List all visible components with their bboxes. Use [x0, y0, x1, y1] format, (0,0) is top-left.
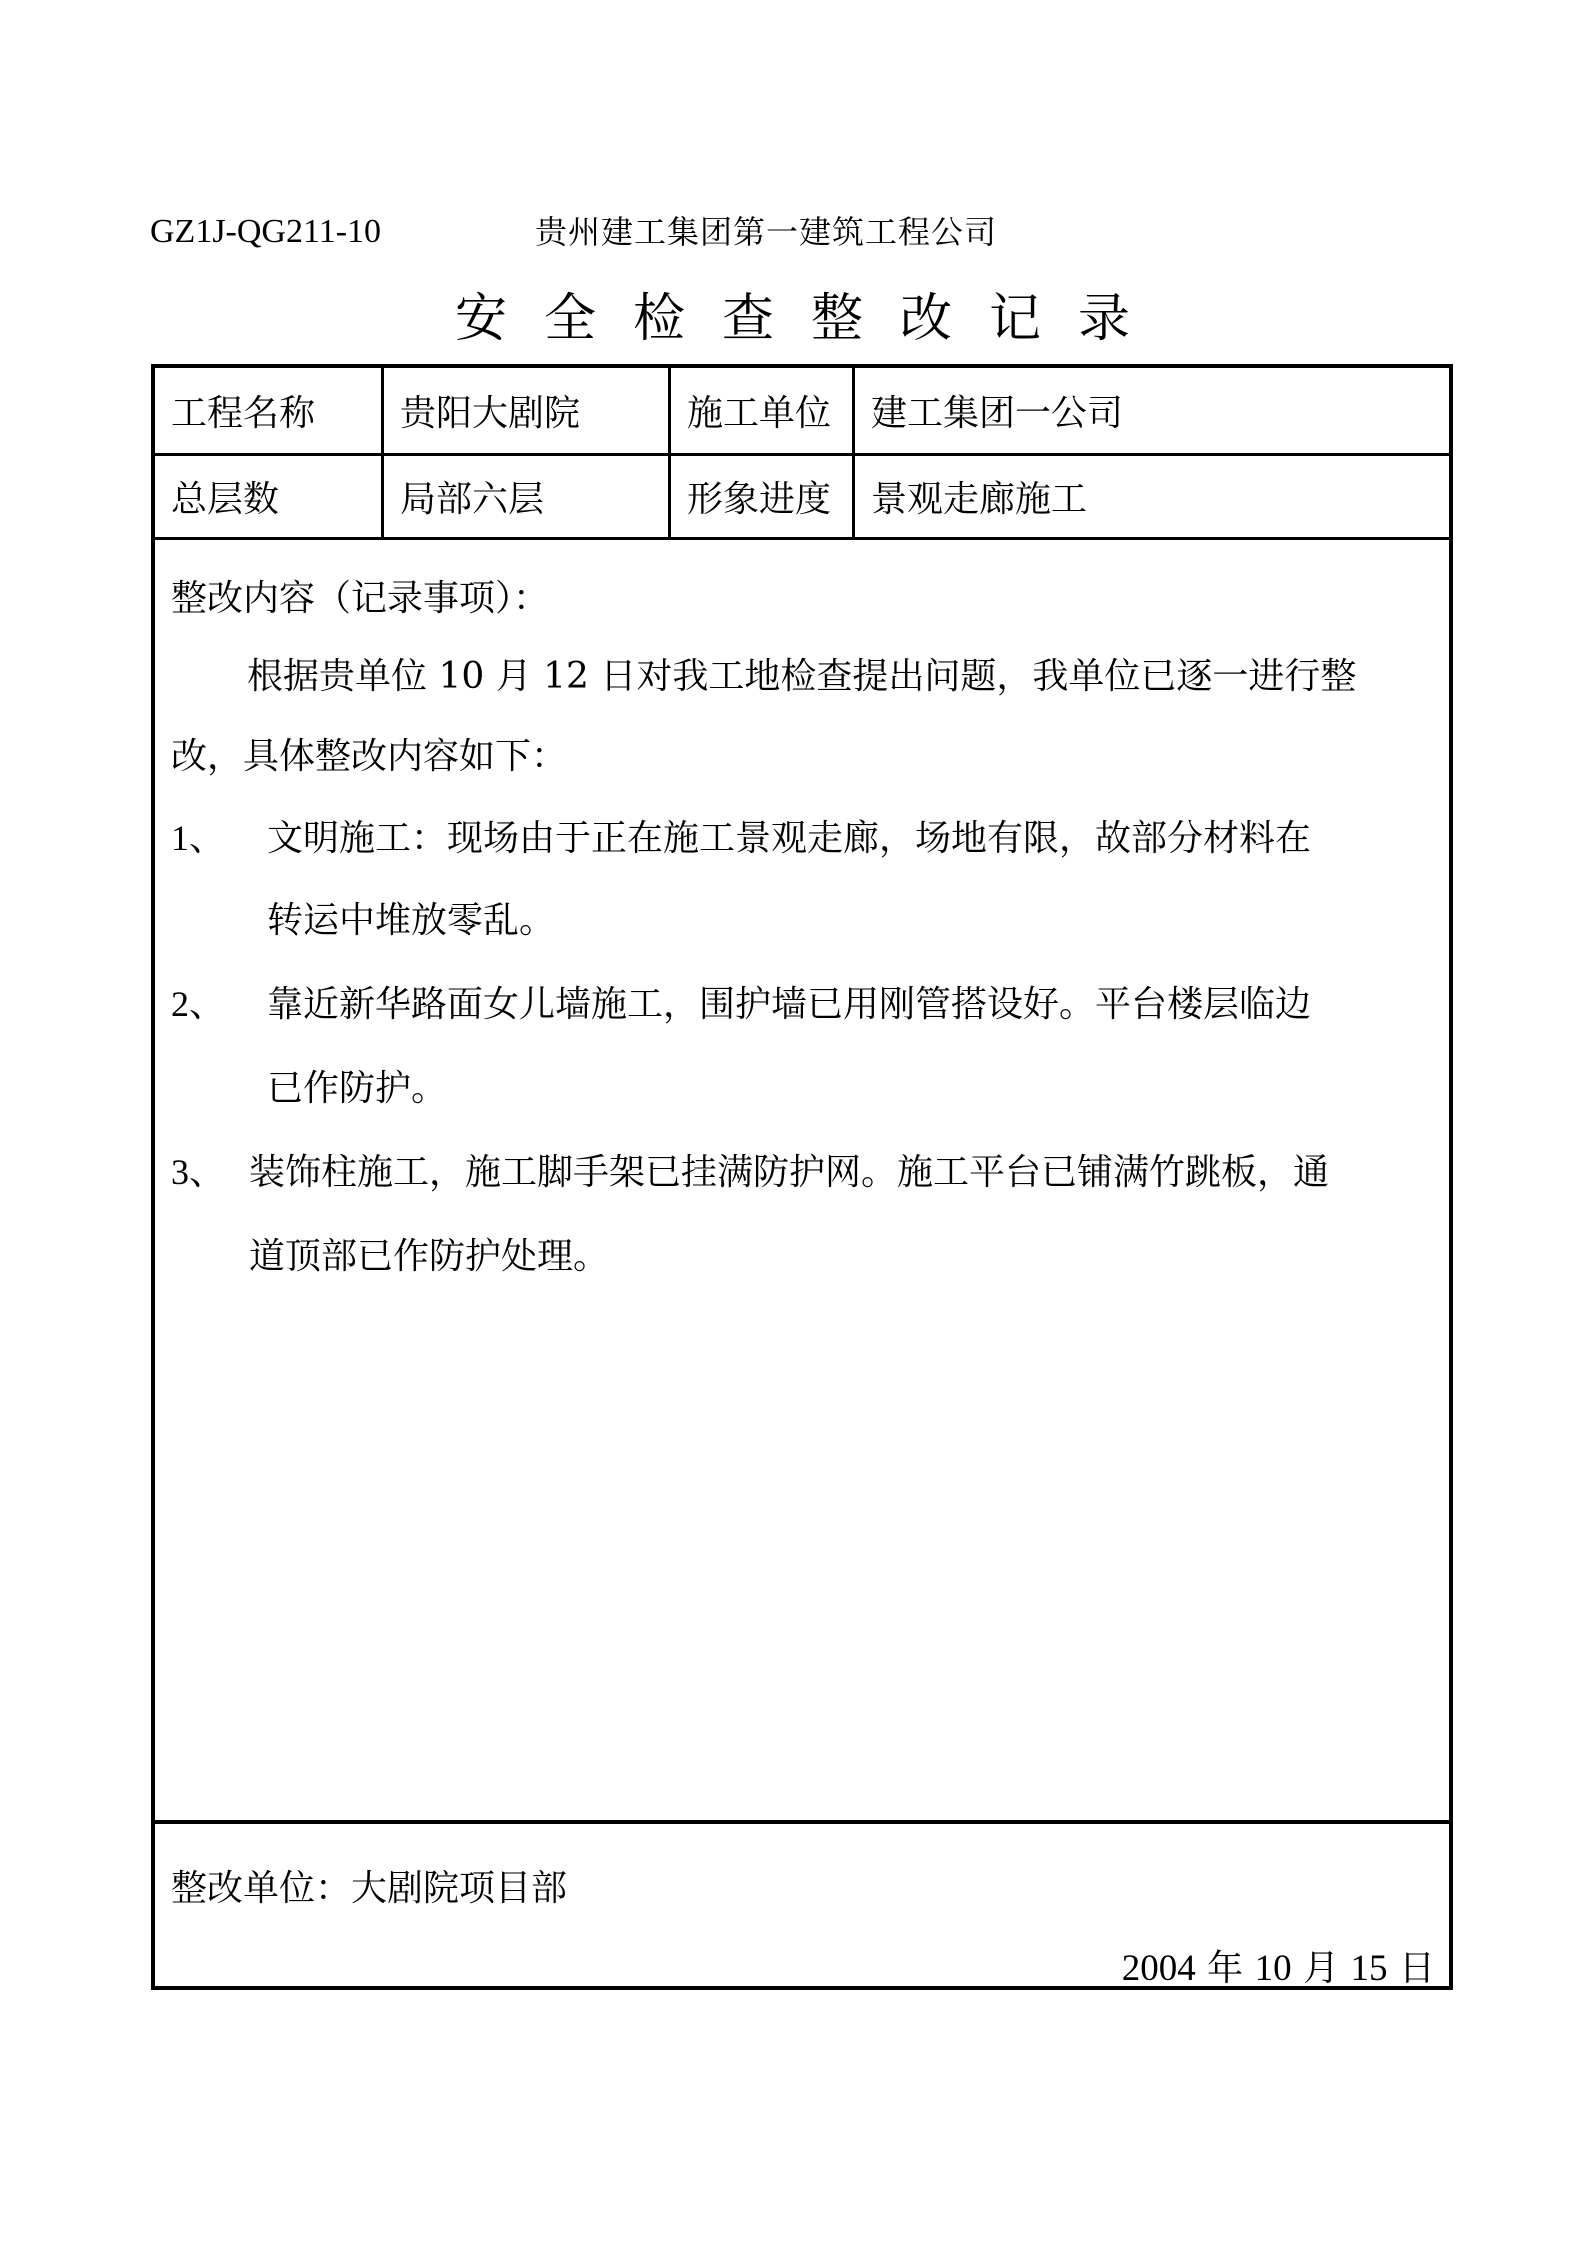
item-text: 靠近新华路面女儿墙施工，围护墙已用刚管搭设好。平台楼层临边: [267, 984, 1311, 1025]
list-item-2: 2、靠近新华路面女儿墙施工，围护墙已用刚管搭设好。平台楼层临边: [171, 976, 1311, 1027]
label-progress: 形象进度: [671, 456, 855, 537]
rectification-unit: 整改单位：大剧院项目部: [171, 1860, 567, 1911]
signature-date: 2004 年 10 月 15 日: [1122, 1940, 1435, 1991]
item-text: 装饰柱施工，施工脚手架已挂满防护网。施工平台已铺满竹跳板，通: [249, 1152, 1329, 1193]
date-month-suffix: 月: [1303, 1948, 1339, 1989]
date-month: 10: [1255, 1948, 1292, 1989]
item-number: 1、: [171, 810, 267, 861]
content-label: 整改内容（记录事项）：: [171, 570, 549, 621]
table-row-project: 工程名称 贵阳大剧院 施工单位 建工集团一公司: [155, 368, 1449, 456]
value-construction-unit: 建工集团一公司: [855, 368, 1449, 453]
signature-section: 整改单位：大剧院项目部 2004 年 10 月 15 日: [155, 1824, 1449, 1986]
date-year: 2004: [1122, 1948, 1196, 1989]
list-item-3: 3、装饰柱施工，施工脚手架已挂满防护网。施工平台已铺满竹跳板，通: [171, 1144, 1329, 1195]
list-item-2-cont: 已作防护。: [267, 1060, 447, 1111]
date-day: 15: [1351, 1948, 1388, 1989]
company-name: 贵州建工集团第一建筑工程公司: [535, 212, 997, 252]
intro-line-2: 改，具体整改内容如下：: [171, 728, 1435, 779]
label-construction-unit: 施工单位: [671, 368, 855, 453]
rectification-content: 整改内容（记录事项）： 根据贵单位 10 月 12 日对我工地检查提出问题，我单…: [155, 540, 1449, 1824]
inspection-form-table: 工程名称 贵阳大剧院 施工单位 建工集团一公司 总层数 局部六层 形象进度 景观…: [151, 364, 1453, 1990]
table-row-floors: 总层数 局部六层 形象进度 景观走廊施工: [155, 456, 1449, 540]
date-year-suffix: 年: [1207, 1948, 1243, 1989]
label-project-name: 工程名称: [155, 368, 384, 453]
list-item-3-cont: 道顶部已作防护处理。: [249, 1228, 609, 1279]
document-title: 安全检查整改记录: [455, 288, 1167, 350]
value-total-floors: 局部六层: [384, 456, 671, 537]
item-text: 文明施工：现场由于正在施工景观走廊，场地有限，故部分材料在: [267, 818, 1311, 859]
item-number: 3、: [171, 1144, 249, 1195]
list-item-1-cont: 转运中堆放零乱。: [267, 892, 555, 943]
label-total-floors: 总层数: [155, 456, 384, 537]
item-number: 2、: [171, 976, 267, 1027]
value-project-name: 贵阳大剧院: [384, 368, 671, 453]
form-code: GZ1J-QG211-10: [150, 212, 381, 252]
intro-line-1: 根据贵单位 10 月 12 日对我工地检查提出问题，我单位已逐一进行整: [247, 648, 1435, 699]
value-progress: 景观走廊施工: [855, 456, 1449, 537]
date-day-suffix: 日: [1399, 1948, 1435, 1989]
list-item-1: 1、文明施工：现场由于正在施工景观走廊，场地有限，故部分材料在: [171, 810, 1311, 861]
